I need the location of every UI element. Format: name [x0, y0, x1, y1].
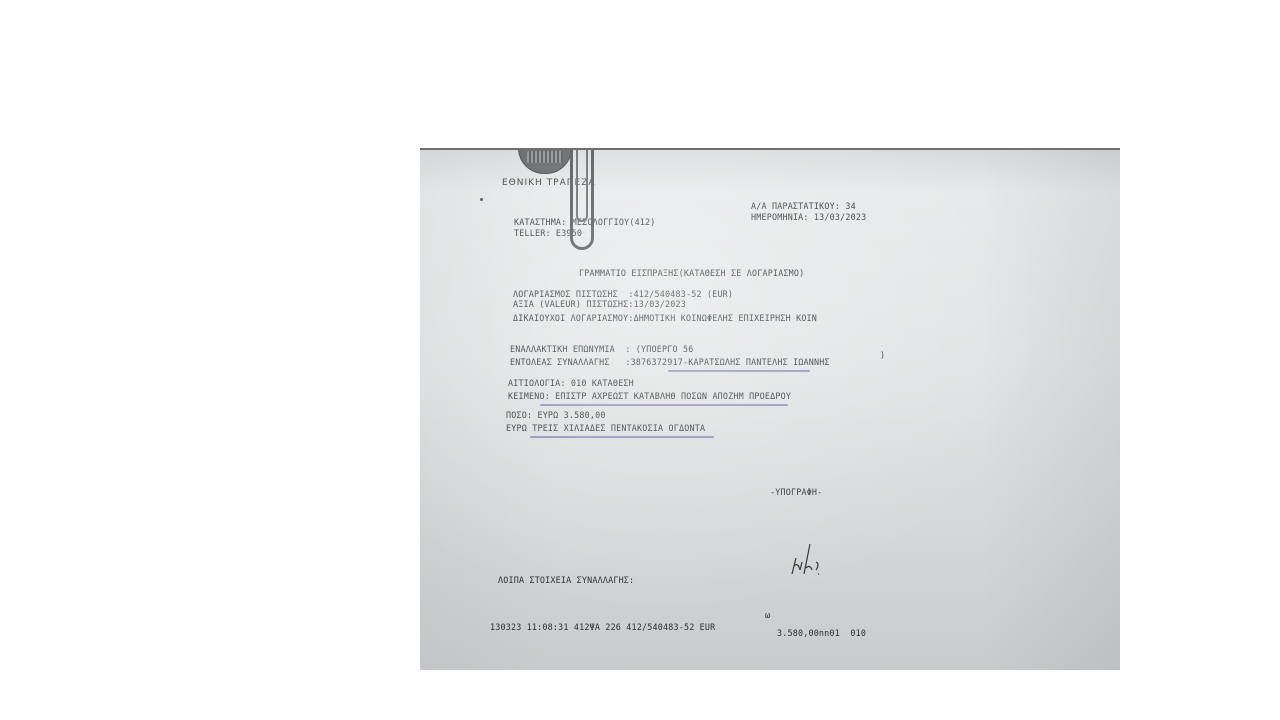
value-date: ΑΞΙΑ (VALEUR) ΠΙΣΤΩΣΗΣ:13/03/2023	[513, 299, 686, 309]
beneficiaries: ΔΙΚΑΙΟΥΧΟΙ ΛΟΓΑΡΙΑΣΜΟΥ:ΔΗΜΟΤΙΚΗ ΚΟΙΝΩΦΕΛ…	[513, 313, 817, 323]
credit-account: ΛΟΓΑΡΙΑΣΜΟΣ ΠΙΣΤΩΣΗΣ :412/540483-52 (EUR…	[513, 289, 733, 299]
receipt-date: ΗΜΕΡΟΜΗΝΙΑ: 13/03/2023	[751, 212, 866, 222]
footer-transaction-line: 130323 11:08:31 412ΨΑ 226 412/540483-52 …	[490, 622, 715, 632]
pen-underline	[540, 404, 788, 406]
speck-mark	[480, 198, 483, 201]
footer-mark: ω	[765, 610, 770, 620]
document-title: ΓΡΑΜΜΑΤΙΟ ΕΙΣΠΡΑΞΗΣ(ΚΑΤΑΘΕΣΗ ΣΕ ΛΟΓΑΡΙΑΣ…	[579, 268, 804, 278]
bank-logo-icon	[518, 148, 572, 174]
other-details-label: ΛΟΙΠΑ ΣΤΟΙΧΕΙΑ ΣΥΝΑΛΛΑΓΗΣ:	[498, 575, 634, 585]
scanned-receipt: ΕΘΝΙΚΗ ΤΡΑΠΕΖΑ Α/Α ΠΑΡΑΣΤΑΤΙΚΟΥ: 34 ΗΜΕΡ…	[420, 148, 1120, 670]
alternative-name-close: )	[880, 350, 885, 360]
receipt-number: Α/Α ΠΑΡΑΣΤΑΤΙΚΟΥ: 34	[751, 201, 856, 211]
signature-label: -ΥΠΟΓΡΑΦΗ-	[770, 487, 822, 497]
transaction-text: ΚΕΙΜΕΝΟ: ΕΠΙΣΤΡ ΑΧΡΕΩΣΤ ΚΑΤΑΒΛΗΘ ΠΟΣΩΝ Α…	[508, 391, 791, 401]
paperclip-inner-icon	[576, 148, 588, 222]
pen-underline	[668, 370, 810, 372]
transaction-reason: ΑΙΤΙΟΛΟΓΙΑ: 010 ΚΑΤΑΘΕΣΗ	[508, 378, 634, 388]
footer-amount: 3.580,00nn01 010	[777, 628, 866, 638]
amount: ΠΟΣΟ: ΕΥΡΩ 3.580,00	[506, 410, 606, 420]
alternative-name: ΕΝΑΛΛΑΚΤΙΚΗ ΕΠΩΝΥΜΙΑ : (ΥΠΟΕΡΓΟ 56	[510, 344, 693, 354]
ordering-party: ΕΝΤΟΛΕΑΣ ΣΥΝΑΛΛΑΓΗΣ :3876372917-ΚΑΡΑΤΣΩΛ…	[510, 357, 830, 367]
pen-underline	[530, 436, 714, 438]
amount-in-words: ΕΥΡΩ ΤΡΕΙΣ ΧΙΛΙΑΔΕΣ ΠΕΝΤΑΚΟΣΙΑ ΟΓΔΟΝΤΑ	[506, 423, 705, 433]
handwritten-signature	[788, 540, 828, 584]
